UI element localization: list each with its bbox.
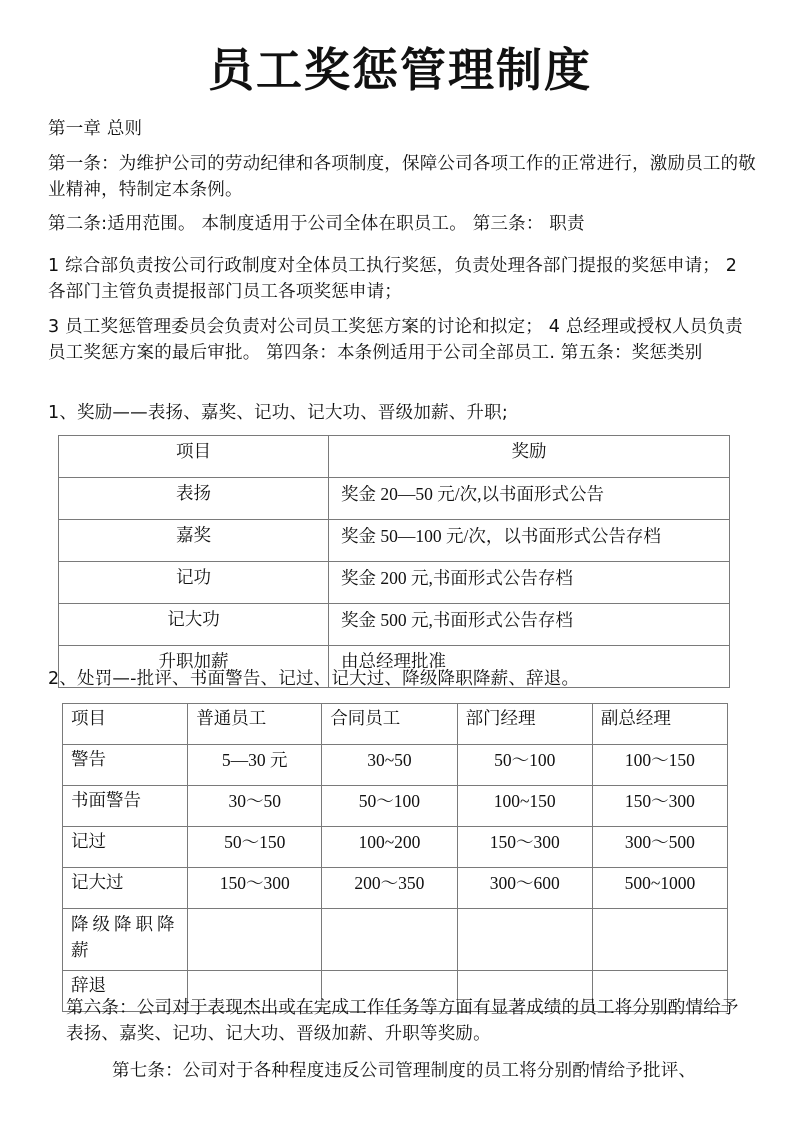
article-2-3: 第二条:适用范围。 本制度适用于公司全体在职员工。 第三条： 职责 <box>48 211 758 237</box>
table-cell: 50～150 <box>188 827 322 868</box>
table-row: 记功 奖金 200 元,书面形式公告存档 <box>59 562 730 604</box>
table-cell <box>592 909 727 971</box>
header-cell: 部门经理 <box>457 704 592 745</box>
article-6: 第六条：公司对于表现杰出或在完成工作任务等方面有显著成绩的员工将分别酌情给予表扬… <box>66 995 756 1047</box>
table-row: 记大过 150～300 200～350 300～600 500~1000 <box>63 868 728 909</box>
table-row: 记过 50～150 100~200 150～300 300～500 <box>63 827 728 868</box>
chapter-heading: 第一章 总则 <box>48 116 758 142</box>
table-cell: 50～100 <box>322 786 457 827</box>
table-cell: 200～350 <box>322 868 457 909</box>
header-cell: 普通员工 <box>188 704 322 745</box>
header-cell: 项目 <box>59 436 329 478</box>
table-cell: 记大过 <box>63 868 188 909</box>
table-cell: 300～600 <box>457 868 592 909</box>
table-cell: 100~200 <box>322 827 457 868</box>
header-cell: 副总经理 <box>592 704 727 745</box>
article-7: 第七条：公司对于各种程度违反公司管理制度的员工将分别酌情给予批评、 <box>112 1058 772 1084</box>
table-cell: 50～100 <box>457 745 592 786</box>
table-cell: 书面警告 <box>63 786 188 827</box>
table-row: 降级降职降薪 <box>63 909 728 971</box>
table-row: 书面警告 30～50 50～100 100~150 150～300 <box>63 786 728 827</box>
table-cell: 30～50 <box>188 786 322 827</box>
table-cell: 记功 <box>59 562 329 604</box>
table-cell: 150～300 <box>188 868 322 909</box>
header-cell: 项目 <box>63 704 188 745</box>
article-1: 第一条：为维护公司的劳动纪律和各项制度，保障公司各项工作的正常进行，激励员工的敬… <box>48 151 758 203</box>
table-cell <box>322 909 457 971</box>
table-row: 嘉奖 奖金 50—100 元/次，以书面形式公告存档 <box>59 520 730 562</box>
rewards-table: 项目 奖励 表扬 奖金 20—50 元/次,以书面形式公告 嘉奖 奖金 50—1… <box>58 435 730 688</box>
table-cell: 100~150 <box>457 786 592 827</box>
duties-3-4-article-4-5: 3 员工奖惩管理委员会负责对公司员工奖惩方案的讨论和拟定； 4 总经理或授权人员… <box>48 314 758 366</box>
penalties-heading: 2、处罚—-批评、书面警告、记过、记大过、降级降职降薪、辞退。 <box>48 666 758 692</box>
table-cell: 警告 <box>63 745 188 786</box>
table-cell: 奖金 500 元,书面形式公告存档 <box>329 604 730 646</box>
table-row: 表扬 奖金 20—50 元/次,以书面形式公告 <box>59 478 730 520</box>
document-title: 员工奖惩管理制度 <box>0 40 800 100</box>
document-page: 员工奖惩管理制度 第一章 总则 第一条：为维护公司的劳动纪律和各项制度，保障公司… <box>0 0 800 1131</box>
table-header-row: 项目 奖励 <box>59 436 730 478</box>
table-cell: 降级降职降薪 <box>63 909 188 971</box>
duties-1-2: 1 综合部负责按公司行政制度对全体员工执行奖惩，负责处理各部门提报的奖惩申请； … <box>48 253 758 305</box>
table-cell: 100～150 <box>592 745 727 786</box>
table-cell <box>188 909 322 971</box>
table-cell: 150～300 <box>592 786 727 827</box>
table-cell: 150～300 <box>457 827 592 868</box>
table-cell: 记过 <box>63 827 188 868</box>
table-cell <box>457 909 592 971</box>
header-cell: 奖励 <box>329 436 730 478</box>
table-cell: 30~50 <box>322 745 457 786</box>
table-cell: 奖金 20—50 元/次,以书面形式公告 <box>329 478 730 520</box>
table-cell: 500~1000 <box>592 868 727 909</box>
table-cell: 奖金 50—100 元/次，以书面形式公告存档 <box>329 520 730 562</box>
table-cell: 奖金 200 元,书面形式公告存档 <box>329 562 730 604</box>
rewards-heading: 1、奖励——表扬、嘉奖、记功、记大功、晋级加薪、升职; <box>48 400 758 426</box>
header-cell: 合同员工 <box>322 704 457 745</box>
table-row: 记大功 奖金 500 元,书面形式公告存档 <box>59 604 730 646</box>
table-cell: 表扬 <box>59 478 329 520</box>
table-cell: 嘉奖 <box>59 520 329 562</box>
table-row: 警告 5—30 元 30~50 50～100 100～150 <box>63 745 728 786</box>
table-cell: 300～500 <box>592 827 727 868</box>
table-cell: 5—30 元 <box>188 745 322 786</box>
table-cell: 记大功 <box>59 604 329 646</box>
table-header-row: 项目 普通员工 合同员工 部门经理 副总经理 <box>63 704 728 745</box>
penalties-table: 项目 普通员工 合同员工 部门经理 副总经理 警告 5—30 元 30~50 5… <box>62 703 728 1012</box>
